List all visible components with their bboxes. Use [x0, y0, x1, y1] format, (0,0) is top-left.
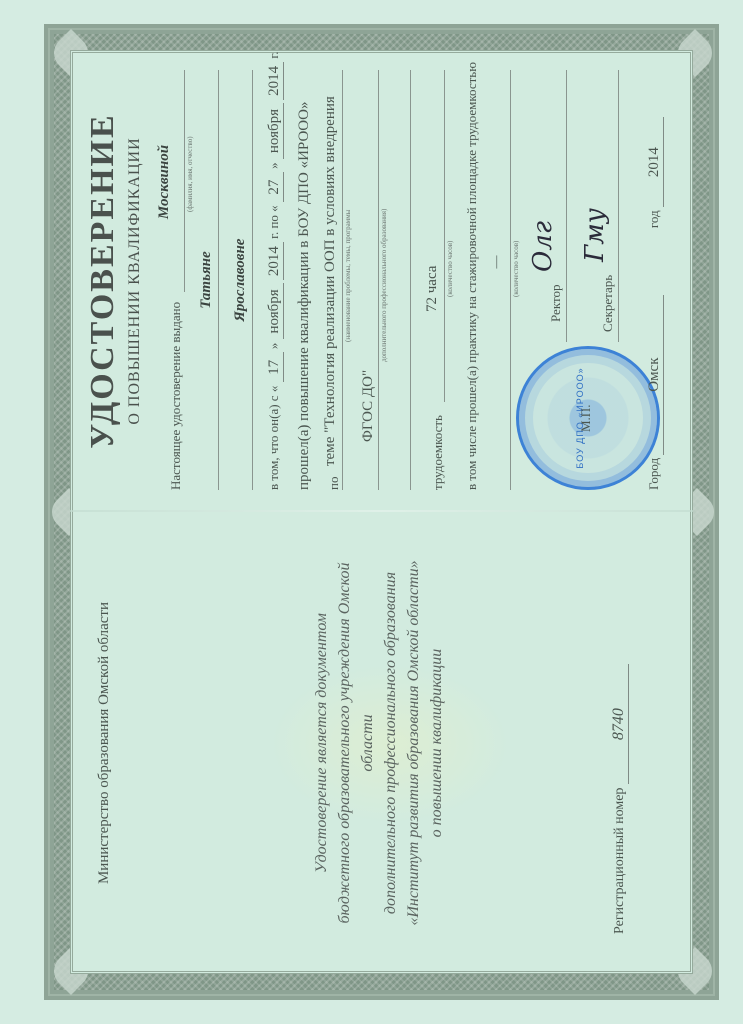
quote-close: » [266, 343, 281, 350]
topic-label: теме [322, 437, 338, 466]
certificate-description: Удостоверение является документом бюджет… [310, 532, 448, 954]
registration-number: 8740 [610, 664, 629, 784]
practice-hint: (количество часов) [512, 241, 520, 297]
end-day: 27 [266, 172, 284, 202]
first-name-line [218, 70, 219, 490]
topic-line-1: теме "Технология реализации ООП в услови… [322, 46, 339, 466]
city-value: Омск [646, 295, 664, 455]
end-year: 2014 [266, 62, 284, 100]
secretary-signature: Гму [580, 208, 610, 262]
city-row: Город Омск год 2014 [646, 70, 664, 490]
ministry-name: Министерство образования Омской области [96, 512, 113, 974]
practice-text: в том числе прошел(а) практику на стажир… [464, 70, 480, 490]
certificate-sheet: Министерство образования Омской области … [0, 0, 743, 1024]
start-month: ноября [266, 283, 284, 339]
certificate-subtitle: О ПОВЫШЕНИИ КВАЛИФИКАЦИИ [126, 50, 144, 512]
left-panel: Министерство образования Омской области … [70, 512, 693, 974]
description-line: о повышении квалификации [425, 532, 448, 954]
period-row: в том, что он(а) с « 17 » ноября 2014 г.… [266, 70, 284, 490]
start-day: 17 [266, 352, 284, 382]
hours-hint: (количество часов) [446, 241, 454, 297]
topic-hint-1: (наименование проблемы, темы, программы [344, 210, 352, 342]
passed-text: прошел(а) повышение квалификации в БОУ Д… [296, 70, 313, 490]
mp-label: М.П. [578, 392, 594, 432]
secretary-label: Секретарь [600, 252, 616, 332]
description-line: Удостоверение является документом [310, 532, 333, 954]
description-line: бюджетного образовательного учреждения О… [333, 532, 379, 954]
topic-hint-2: дополнительного профессионального образо… [380, 209, 388, 362]
year-value: 2014 [646, 117, 664, 207]
registration-label: Регистрационный номер [612, 788, 627, 934]
patronymic: Ярославовне [232, 70, 249, 490]
year-suffix: г. [266, 51, 281, 58]
surname-line [184, 70, 185, 292]
workload-value: 72 часа [424, 192, 441, 312]
start-year: 2014 [266, 242, 284, 280]
city-label: Город [646, 458, 661, 490]
topic-line-2-underline [378, 70, 379, 490]
topic-line [342, 70, 343, 490]
year-label: год [646, 210, 661, 228]
rector-signature: Олг [528, 221, 558, 272]
topic-line-2: ФГОС ДО" [360, 22, 377, 442]
quote-close: » [266, 162, 281, 169]
rector-line [566, 70, 567, 342]
po-label: по [326, 477, 341, 490]
name-hint: (фамилия, имя, отчество) [186, 136, 194, 212]
secretary-line [618, 70, 619, 342]
workload-label: трудоемкость [430, 415, 445, 490]
practice-value: — [488, 242, 504, 282]
certificate-title: УДОСТОВЕРЕНИЕ [84, 50, 122, 512]
registration-number-row: Регистрационный номер 8740 [610, 664, 629, 934]
workload-line [444, 70, 445, 402]
description-line: дополнительного профессионального образо… [379, 532, 402, 954]
practice-line [510, 70, 511, 490]
topic-text-1: "Технология реализации ООП в условиях вн… [322, 96, 338, 433]
right-panel: УДОСТОВЕРЕНИЕ О ПОВЫШЕНИИ КВАЛИФИКАЦИИ Н… [70, 50, 693, 512]
first-name: Татьяне [198, 70, 215, 490]
period-prefix: в том, что он(а) с « [266, 386, 281, 490]
surname: Москвиной [156, 82, 173, 282]
end-month: ноября [266, 103, 284, 159]
blank-line [410, 70, 411, 490]
issued-label: Настоящее удостоверение выдано [168, 302, 183, 490]
description-line: «Институт развития образования Омской об… [402, 532, 425, 954]
patronymic-line [252, 70, 253, 490]
period-to: г. по « [266, 205, 281, 239]
